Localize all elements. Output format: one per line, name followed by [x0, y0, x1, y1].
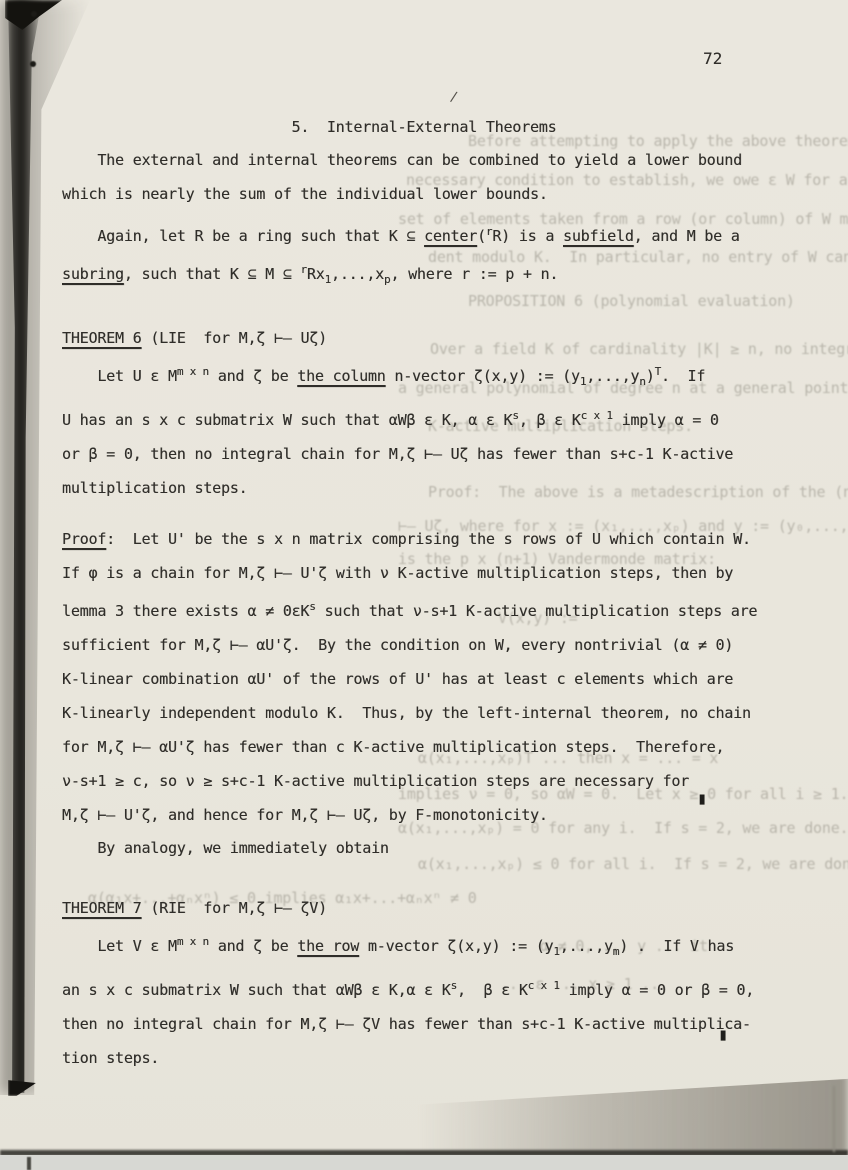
proof-paragraph: Proof: Let U' be the s x n matrix compri… — [62, 522, 757, 832]
page-number: 72 — [703, 48, 722, 70]
theorem6-heading: THEOREM 6 (LIE for M,ζ ⊢— Uζ) — [62, 321, 327, 355]
right-edge-line — [833, 1086, 835, 1152]
section-heading: 5. Internal-External Theorems — [0, 110, 848, 144]
theorem7-body: Let V ε Mm x n and ζ be the row m-vector… — [62, 925, 754, 1075]
bleedthrough-line: α(x₁,...,xₚ) ≤ 0 for all i. If s = 2, we… — [418, 854, 848, 874]
ink-dot — [31, 11, 37, 17]
page-scan: Before attempting to apply the above the… — [0, 0, 848, 1170]
ink-dot — [30, 61, 36, 67]
scanner-background-strip — [0, 1155, 848, 1170]
analogy-line: By analogy, we immediately obtain — [62, 831, 389, 865]
qed-square: ▮ — [697, 791, 707, 808]
theorem7-heading: THEOREM 7 (RIE for M,ζ ⊢— ζV) — [62, 891, 327, 925]
paragraph-setup: Again, let R be a ring such that K ⊆ cen… — [62, 215, 740, 297]
theorem6-body: Let U ε Mm x n and ζ be the column n-vec… — [62, 355, 733, 505]
qed-square: ▮ — [718, 1027, 728, 1044]
paragraph-intro: The external and internal theorems can b… — [62, 143, 742, 211]
scanner-edge-tick — [27, 1157, 31, 1170]
